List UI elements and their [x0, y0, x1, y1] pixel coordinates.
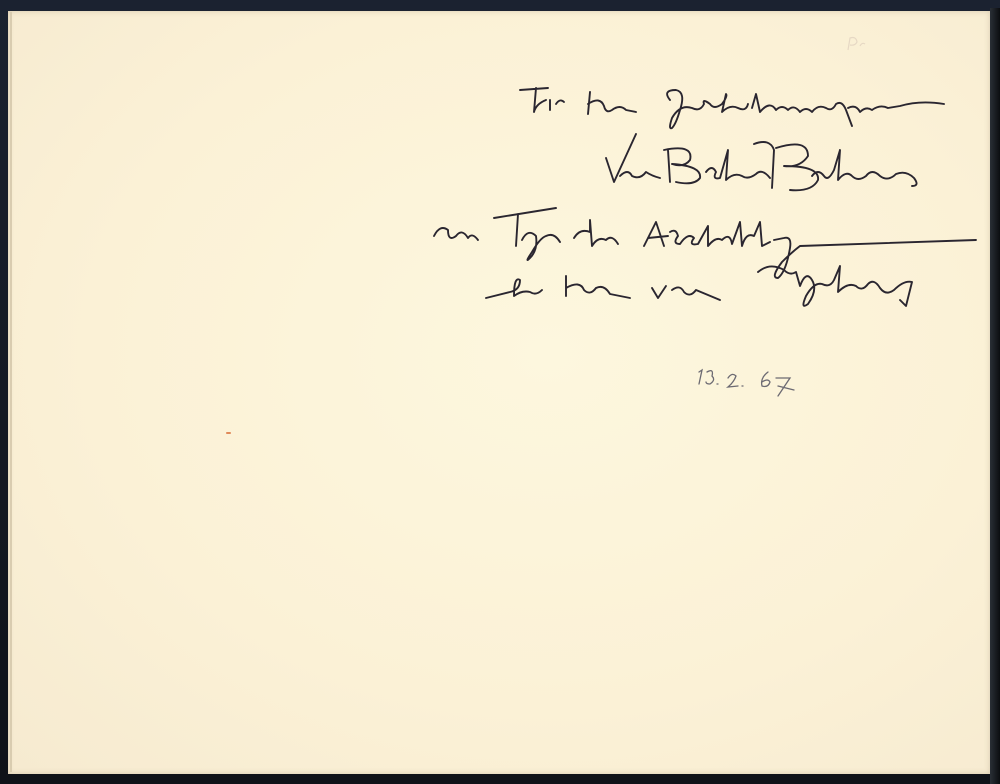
corner-pencil-mark	[848, 38, 865, 51]
dedication-date	[699, 370, 794, 396]
dedication-line-3	[434, 208, 976, 278]
dedication-line-1	[520, 88, 944, 128]
handwriting-layer	[0, 0, 1000, 784]
dedication-line-2	[606, 134, 917, 190]
dedication-line-4	[486, 266, 912, 306]
